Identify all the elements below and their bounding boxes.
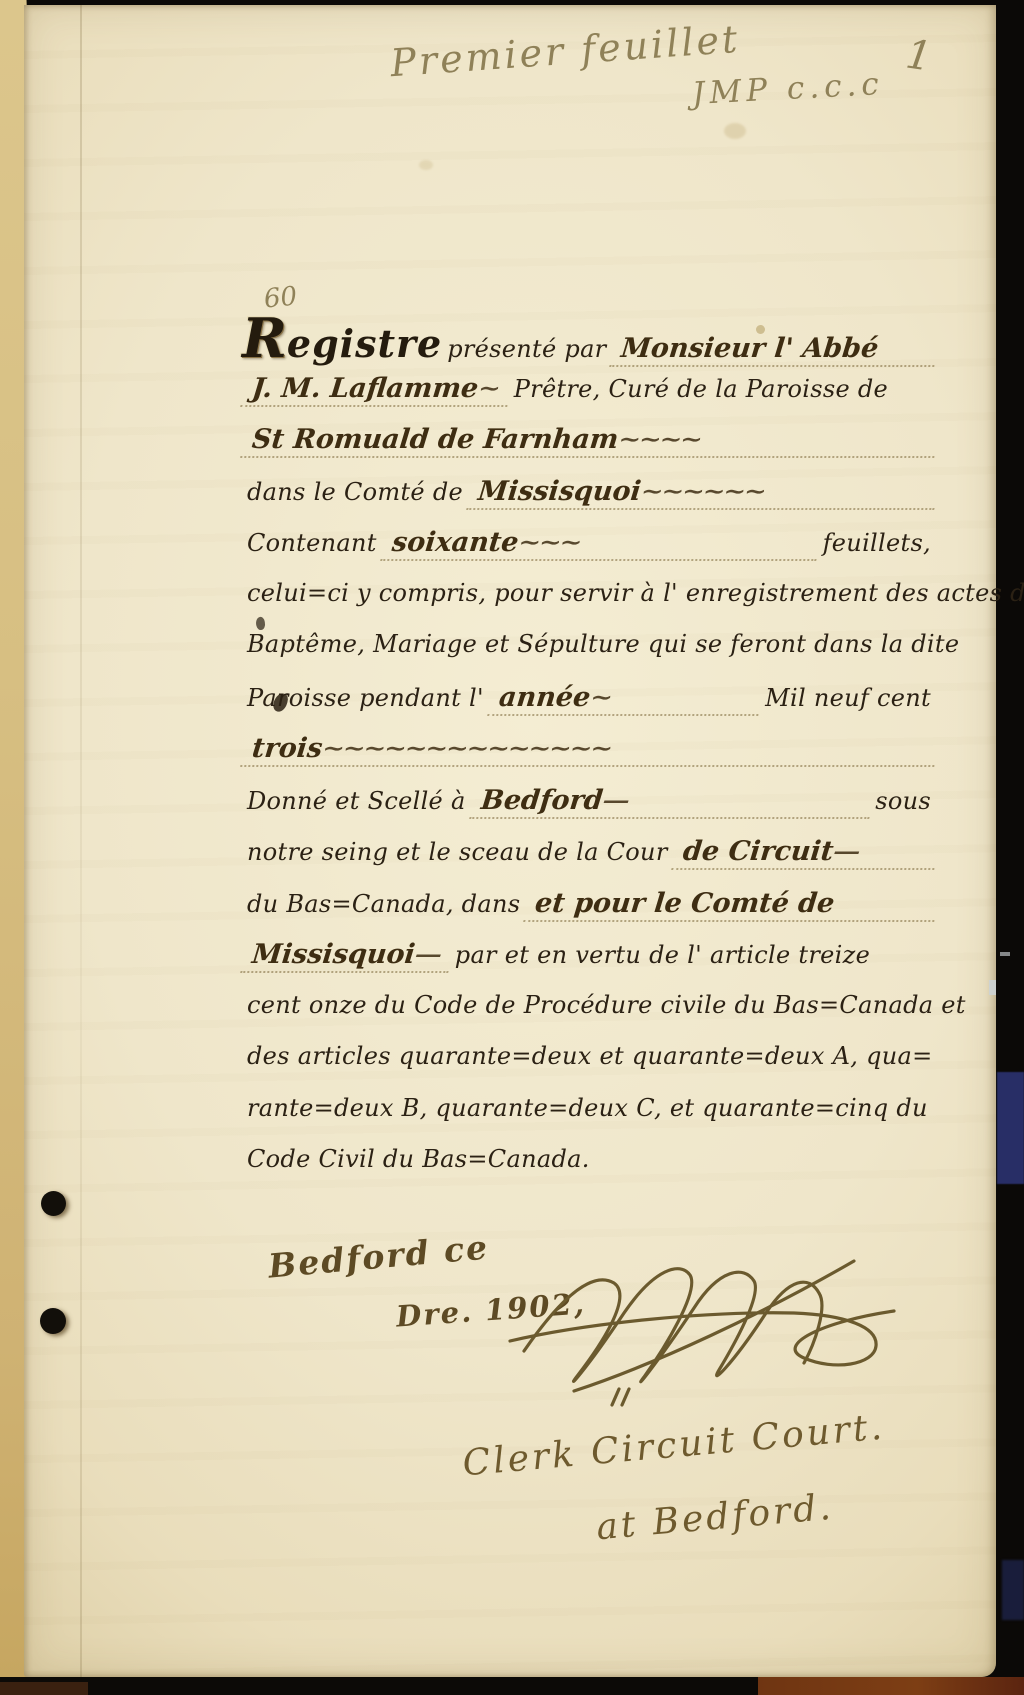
printed-text: sous [870, 787, 936, 815]
place-line: Bedford ce [267, 1227, 491, 1285]
written-entry: Missisquoi — [240, 939, 451, 973]
written-entry: Monsieur l' Abbé [610, 333, 938, 367]
form-line: trois ~~~~~~~~~~~~~~ [242, 733, 936, 785]
written-entry: St Romuald de Farnham ~~~~ [240, 424, 938, 458]
ink-flourish: — [414, 942, 442, 967]
printed-text: par et en vertu de l' article treize [450, 941, 875, 969]
folio-number: 1 [903, 31, 935, 80]
scanner-artifact [1000, 952, 1010, 956]
paper-stain [724, 123, 746, 139]
clerk-initials: JMP c.c.c [691, 66, 884, 112]
form-line: du Bas=Canada, danset pour le Comté de [242, 888, 936, 940]
form-line: St Romuald de Farnham ~~~~ [242, 424, 936, 476]
form-line: Paroisse pendant l'année ~Mil neuf cent [242, 682, 936, 734]
printed-text: Code Civil du Bas=Canada. [242, 1145, 595, 1173]
printed-text: feuillets, [818, 529, 936, 557]
written-entry: et pour le Comté de [524, 888, 938, 922]
printed-text: Donné et Scellé à [242, 787, 471, 815]
form-lines: Registreprésenté parMonsieur l' AbbéJ. M… [242, 321, 936, 1197]
written-entry: Bedford — [469, 785, 872, 819]
scanner-artifact-blue [997, 1072, 1024, 1184]
written-entry: soixante ~~~ [380, 527, 820, 561]
ink-flourish: — [601, 788, 629, 813]
scanner-artifact [989, 980, 996, 995]
printed-text: dans le Comté de [242, 478, 468, 506]
printed-text: présenté par [442, 335, 611, 363]
ink-flourish: ~~~~ [617, 427, 702, 452]
paper-crease [80, 5, 82, 1677]
scanned-register-page: Premier feuillet 1 JMP c.c.c 60 Registre… [0, 0, 1024, 1695]
punch-hole [41, 1191, 66, 1216]
printed-text: egistre [287, 321, 442, 366]
printed-text: du Bas=Canada, dans [242, 890, 525, 918]
printed-text: Baptême, Mariage et Sépulture qui se fer… [242, 630, 964, 658]
ink-flourish: ~ [477, 376, 500, 401]
form-line: Contenantsoixante ~~~feuillets, [242, 527, 936, 579]
form-line: celui=ci y compris, pour servir à l' enr… [242, 579, 936, 631]
signature-place-line: at Bedford. [595, 1487, 836, 1549]
ink-flourish: ~~~~~~~~~~~~~~ [321, 736, 612, 761]
written-entry: Missisquoi ~~~~~~ [466, 476, 938, 510]
printed-text: Contenant [242, 529, 382, 557]
form-line: Baptême, Mariage et Sépulture qui se fer… [242, 630, 936, 682]
scanner-artifact-blue [1002, 1560, 1024, 1620]
printed-text: Mil neuf cent [760, 684, 936, 712]
written-entry: trois ~~~~~~~~~~~~~~ [240, 733, 938, 767]
form-line: dans le Comté deMissisquoi ~~~~~~ [242, 476, 936, 528]
written-entry: de Circuit — [671, 836, 938, 870]
printed-text: celui=ci y compris, pour servir à l' enr… [242, 579, 1024, 607]
ink-flourish: ~ [589, 685, 612, 710]
form-line: cent onze du Code de Procédure civile du… [242, 991, 936, 1043]
form-line: Code Civil du Bas=Canada. [242, 1145, 936, 1197]
book-cover-leather [0, 1682, 88, 1695]
form-line: Donné et Scellé àBedford —sous [242, 785, 936, 837]
printed-text: des articles quarante=deux et quarante=d… [242, 1042, 938, 1070]
form-line: des articles quarante=deux et quarante=d… [242, 1042, 936, 1094]
printed-text: Prêtre, Curé de la Paroisse de [509, 375, 893, 403]
ink-flourish: — [832, 839, 860, 864]
form-line: rante=deux B, quarante=deux C, et quaran… [242, 1094, 936, 1146]
form-line: Missisquoi —par et en vertu de l' articl… [242, 939, 936, 991]
written-entry: année ~ [487, 682, 762, 716]
ink-flourish: ~~~~~~ [640, 479, 766, 504]
punch-hole [40, 1308, 66, 1334]
folio-note: Premier feuillet [389, 17, 742, 85]
paper-stain [419, 160, 433, 170]
book-cover-leather [758, 1677, 1024, 1695]
paper-stain [756, 325, 765, 334]
printed-text: rante=deux B, quarante=deux C, et quaran… [242, 1094, 933, 1122]
form-line: notre seing et le sceau de la Courde Cir… [242, 836, 936, 888]
printed-text: cent onze du Code de Procédure civile du… [242, 991, 971, 1019]
written-entry: J. M. Laflamme ~ [240, 373, 510, 407]
register-sheet: Premier feuillet 1 JMP c.c.c 60 Registre… [24, 5, 996, 1677]
signature-flourish [502, 1253, 902, 1413]
ink-flourish: ~~~ [517, 530, 581, 555]
form-line: Registreprésenté parMonsieur l' Abbé [242, 321, 936, 373]
signature-role-line: Clerk Circuit Court. [461, 1407, 886, 1485]
form-line: J. M. Laflamme ~Prêtre, Curé de la Paroi… [242, 373, 936, 425]
printed-text: notre seing et le sceau de la Cour [242, 838, 673, 866]
